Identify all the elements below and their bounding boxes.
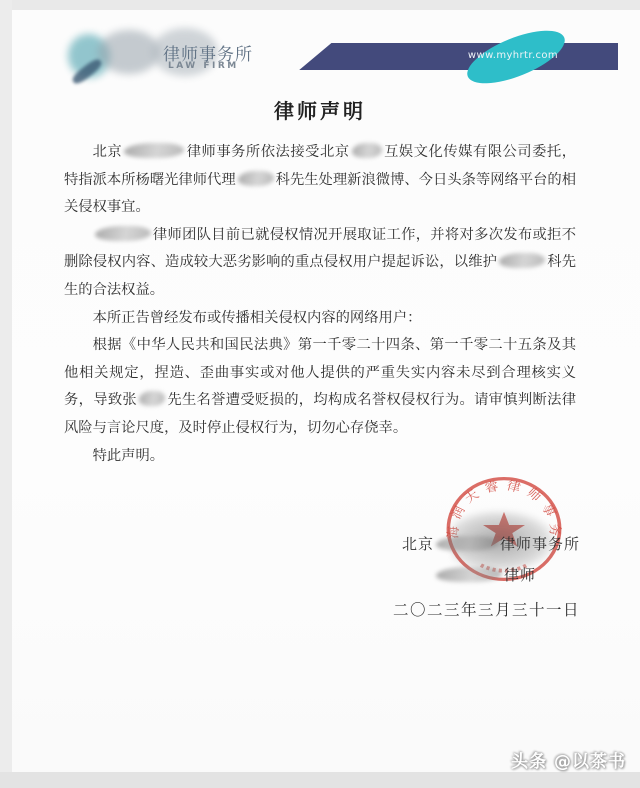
signature-firm-line: 北京律师事务所 xyxy=(393,533,580,554)
redaction-smudge xyxy=(238,171,274,186)
signature-date: 二〇二三年三月三十一日 xyxy=(393,598,580,620)
text-segment: 律师事务所依法接受北京 xyxy=(186,144,349,160)
paragraph: 根据《中华人民共和国民法典》第一千零二十四条、第一千零二十五条及其他相关规定，捏… xyxy=(64,332,576,442)
redaction-smudge xyxy=(499,253,545,268)
redaction-smudge xyxy=(436,567,502,582)
redaction-smudge xyxy=(124,143,184,158)
logo-smudge-blob xyxy=(98,30,160,74)
letterhead-banner xyxy=(296,43,618,70)
redaction-smudge xyxy=(139,391,165,406)
paragraph: 特此声明。 xyxy=(64,443,576,471)
document-body: 北京律师事务所依法接受北京互娱文化传媒有限公司委托，特指派本所杨曙光律师代理科先… xyxy=(64,139,576,470)
text-segment: 北京 xyxy=(402,535,434,553)
redaction-smudge xyxy=(352,143,382,158)
firm-name-english: LAW FIRM xyxy=(168,61,239,71)
photo-edge-bottom xyxy=(0,772,640,788)
signature-lawyer-line: 律师 xyxy=(393,564,580,585)
paragraph: 北京律师事务所依法接受北京互娱文化传媒有限公司委托，特指派本所杨曙光律师代理科先… xyxy=(64,139,576,222)
text-segment: 本所正告曾经发布或传播相关侵权内容的网络用户： xyxy=(93,310,422,326)
paragraph: 本所正告曾经发布或传播相关侵权内容的网络用户： xyxy=(64,305,576,333)
document-title: 律师声明 xyxy=(0,95,640,124)
paragraph: 律师团队目前已就侵权情况开展取证工作，并将对多次发布或拒不删除侵权内容、造成较大… xyxy=(64,222,576,305)
redaction-smudge xyxy=(436,536,498,551)
text-segment: 北京 xyxy=(93,144,123,160)
signature-block: 北京律师事务所 律师 二〇二三年三月三十一日 xyxy=(393,533,580,620)
toutiao-watermark: 头条 @以茶书 xyxy=(511,747,626,772)
redaction-smudge xyxy=(95,226,151,241)
website-url: www.myhrtr.com xyxy=(458,50,568,61)
text-segment: 律师事务所 xyxy=(500,535,580,553)
text-segment: 特此声明。 xyxy=(93,448,164,464)
text-segment: 律师 xyxy=(504,566,536,584)
photo-background: 律师事务所 LAW FIRM www.myhrtr.com 律师声明 北京律师事… xyxy=(0,0,640,788)
